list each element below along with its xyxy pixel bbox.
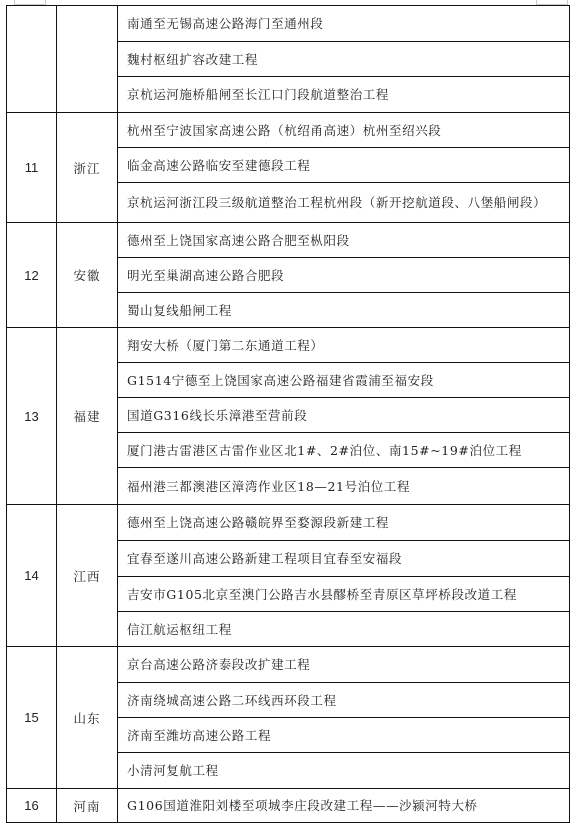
- project-name-cell: 福州港三都澳港区漳湾作业区18—21号泊位工程: [118, 468, 570, 505]
- project-name-cell: 魏村枢纽扩容改建工程: [118, 42, 570, 77]
- project-name-cell: 济南至潍坊高速公路工程: [118, 718, 570, 753]
- project-name-cell: 宜春至遂川高速公路新建工程项目宜春至安福段: [118, 541, 570, 577]
- province-cell: 浙江: [57, 113, 118, 223]
- project-name-cell: 南通至无锡高速公路海门至通州段: [118, 6, 570, 42]
- project-name-cell: 临金高速公路临安至建德段工程: [118, 148, 570, 183]
- project-name-cell: 厦门港古雷港区古雷作业区北1#、2#泊位、南15#~19#泊位工程: [118, 433, 570, 468]
- project-name-cell: 明光至巢湖高速公路合肥段: [118, 258, 570, 293]
- table-row: 16河南G106国道淮阳刘楼至项城李庄段改建工程——沙颍河特大桥: [7, 789, 570, 823]
- row-number-cell: 12: [7, 223, 57, 328]
- project-name-cell: G106国道淮阳刘楼至项城李庄段改建工程——沙颍河特大桥: [118, 789, 570, 823]
- project-name-cell: G1514宁德至上饶国家高速公路福建省霞浦至福安段: [118, 363, 570, 398]
- project-name-cell: 济南绕城高速公路二环线西环段工程: [118, 683, 570, 718]
- province-cell: [57, 6, 118, 113]
- project-name-cell: 德州至上饶国家高速公路合肥至枞阳段: [118, 223, 570, 258]
- table-row: 14江西德州至上饶高速公路赣皖界至婺源段新建工程: [7, 505, 570, 541]
- project-name-cell: 吉安市G105北京至澳门公路吉水县醪桥至青原区草坪桥段改道工程: [118, 577, 570, 612]
- table-row: 12安徽德州至上饶国家高速公路合肥至枞阳段: [7, 223, 570, 258]
- province-cell: 江西: [57, 505, 118, 647]
- row-number-cell: [7, 6, 57, 113]
- project-name-cell: 京杭运河浙江段三级航道整治工程杭州段（新开挖航道段、八堡船闸段）: [118, 183, 570, 223]
- province-cell: 河南: [57, 789, 118, 823]
- project-name-cell: 国道G316线长乐漳港至营前段: [118, 398, 570, 433]
- project-table-body: 南通至无锡高速公路海门至通州段魏村枢纽扩容改建工程京杭运河施桥船闸至长江口门段航…: [7, 6, 570, 823]
- table-row: 11浙江杭州至宁波国家高速公路（杭绍甬高速）杭州至绍兴段: [7, 113, 570, 148]
- province-cell: 福建: [57, 328, 118, 505]
- project-name-cell: 蜀山复线船闸工程: [118, 293, 570, 328]
- row-number-cell: 14: [7, 505, 57, 647]
- row-number-cell: 15: [7, 647, 57, 789]
- project-name-cell: 杭州至宁波国家高速公路（杭绍甬高速）杭州至绍兴段: [118, 113, 570, 148]
- project-name-cell: 德州至上饶高速公路赣皖界至婺源段新建工程: [118, 505, 570, 541]
- table-row: 15山东京台高速公路济泰段改扩建工程: [7, 647, 570, 683]
- project-table: 南通至无锡高速公路海门至通州段魏村枢纽扩容改建工程京杭运河施桥船闸至长江口门段航…: [6, 5, 570, 823]
- project-name-cell: 小清河复航工程: [118, 753, 570, 789]
- project-name-cell: 翔安大桥（厦门第二东通道工程）: [118, 328, 570, 363]
- project-name-cell: 京台高速公路济泰段改扩建工程: [118, 647, 570, 683]
- province-cell: 安徽: [57, 223, 118, 328]
- table-row: 13福建翔安大桥（厦门第二东通道工程）: [7, 328, 570, 363]
- row-number-cell: 16: [7, 789, 57, 823]
- project-name-cell: 信江航运枢纽工程: [118, 612, 570, 647]
- project-name-cell: 京杭运河施桥船闸至长江口门段航道整治工程: [118, 77, 570, 113]
- table-row: 南通至无锡高速公路海门至通州段: [7, 6, 570, 42]
- row-number-cell: 11: [7, 113, 57, 223]
- row-number-cell: 13: [7, 328, 57, 505]
- province-cell: 山东: [57, 647, 118, 789]
